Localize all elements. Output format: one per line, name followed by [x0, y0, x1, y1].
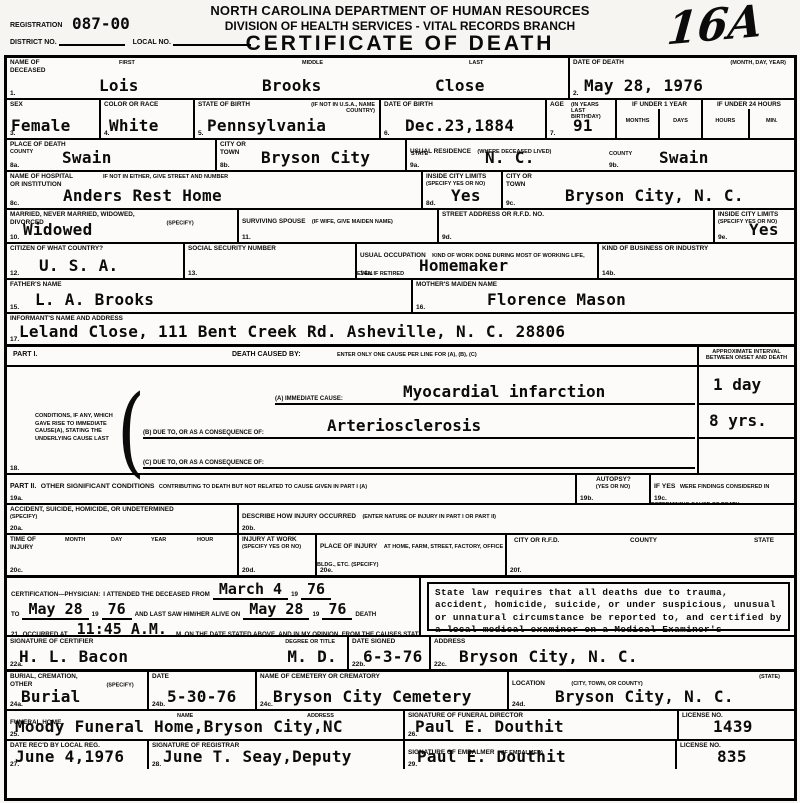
- marital-sublabel: (SPECIFY): [166, 220, 193, 226]
- how-sublabel: (ENTER NATURE OF INJURY IN PART I OR PAR…: [362, 514, 496, 520]
- days-column: DAYS: [658, 109, 701, 138]
- mother-value: Florence Mason: [487, 290, 626, 309]
- place-of-injury-label: PLACE OF INJURY: [317, 542, 379, 550]
- due-to-b-label: (b) DUE TO, OR AS A CONSEQUENCE OF:: [143, 430, 264, 436]
- hour-label: HOUR: [197, 537, 213, 543]
- certifier-box-number: 22a.: [10, 661, 23, 668]
- month-label: MONTH: [65, 537, 85, 543]
- place-of-injury-box-number: 20e.: [320, 567, 333, 574]
- field-certification: CERTIFICATION—PHYSICIAN: I ATTENDED THE …: [7, 578, 421, 635]
- part2-title: OTHER SIGNIFICANT CONDITIONS: [41, 483, 155, 490]
- field-sex: SEX Female 3.: [7, 100, 101, 138]
- field-marital-status: MARRIED, NEVER MARRIED, WIDOWED, DIVORCE…: [7, 210, 239, 242]
- name-box-number: 1.: [10, 90, 16, 97]
- informant-box-number: 17.: [10, 336, 19, 343]
- sex-label: SEX: [7, 100, 99, 109]
- degree-label: DEGREE OR TITLE: [285, 639, 335, 645]
- injury-at-work-sublabel: (SPECIFY YES OR NO): [239, 544, 315, 550]
- field-manner: ACCIDENT, SUICIDE, HOMICIDE, OR UNDETERM…: [7, 505, 239, 533]
- hours-column: HOURS: [703, 109, 748, 138]
- state-of-birth-box-number: 5.: [198, 130, 204, 137]
- row-funeral: FUNERAL HOME NAME ADDRESS Moody Funeral …: [7, 709, 794, 739]
- row-registrar: DATE REC'D BY LOCAL REG. June 4,1976 27.…: [7, 739, 794, 769]
- institution-sublabel: IF NOT IN EITHER, GIVE STREET AND NUMBER: [103, 174, 228, 180]
- field-injury-at-work: INJURY AT WORK (SPECIFY YES OR NO) 20d.: [239, 535, 317, 575]
- under-1-year-label: IF UNDER 1 YEAR: [617, 100, 701, 109]
- mother-label: MOTHER'S MAIDEN NAME: [413, 280, 794, 289]
- industry-label: KIND OF BUSINESS OR INDUSTRY: [599, 244, 794, 253]
- date-signed-label: DATE SIGNED: [349, 637, 429, 646]
- row-institution: NAME OF HOSPITAL OR INSTITUTION IF NOT I…: [7, 170, 794, 208]
- middle-sublabel: MIDDLE: [302, 60, 323, 66]
- field-if-under-24-hours: IF UNDER 24 HOURS HOURS MIN.: [703, 100, 794, 138]
- field-date-of-death: DATE OF DEATH (MONTH, DAY, YEAR) May 28,…: [570, 58, 794, 98]
- cause-line-c: (c) DUE TO, OR AS A CONSEQUENCE OF:: [143, 443, 695, 469]
- autopsy-label: AUTOPSY?: [577, 475, 649, 484]
- industry-box-number: 14b.: [602, 270, 615, 277]
- injury-at-work-box-number: 20d.: [242, 567, 255, 574]
- institution-box-number: 8c.: [10, 200, 19, 207]
- field-informant: INFORMANT'S NAME AND ADDRESS Leland Clos…: [7, 314, 794, 344]
- state-of-birth-value: Pennsylvania: [207, 116, 326, 135]
- conditions-note: CONDITIONS, IF ANY, WHICH GAVE RISE TO I…: [35, 413, 113, 443]
- manner-sublabel: (SPECIFY): [7, 514, 237, 520]
- year-label: YEAR: [151, 537, 166, 543]
- spouse-label: SURVIVING SPOUSE: [239, 217, 307, 225]
- field-date-signed: DATE SIGNED 6-3-76 22b.: [349, 637, 431, 669]
- local-blank-line: [173, 36, 251, 46]
- row-name: NAME OF DECEASED FIRST MIDDLE LAST Lois …: [7, 58, 794, 98]
- field-state-law-note: State law requires that all deaths due t…: [421, 578, 794, 635]
- marital-box-number: 10.: [10, 234, 19, 241]
- row-vitals: SEX Female 3. COLOR OR RACE White 4. STA…: [7, 98, 794, 138]
- day-label: DAY: [111, 537, 122, 543]
- spouse-box-number: 11.: [242, 234, 251, 241]
- certifier-address-box-number: 22c.: [434, 661, 447, 668]
- res-county-label: COUNTY: [609, 151, 632, 157]
- row-informant: INFORMANT'S NAME AND ADDRESS Leland Clos…: [7, 312, 794, 344]
- field-certifier-address: ADDRESS Bryson City, N. C. 22c.: [431, 637, 794, 669]
- occupation-value: Homemaker: [419, 256, 508, 275]
- field-street-address: STREET ADDRESS OR R.F.D. No. 9d.: [439, 210, 715, 242]
- field-date-of-birth: DATE OF BIRTH Dec.23,1884 6.: [381, 100, 547, 138]
- field-embalmer-license: LICENSE NO. 835: [677, 741, 794, 769]
- under-1-year-columns: MONTHS DAYS: [617, 109, 701, 138]
- date-of-birth-value: Dec.23,1884: [405, 116, 514, 135]
- name-label: NAME OF DECEASED: [7, 58, 70, 76]
- sex-value: Female: [11, 116, 71, 135]
- field-institution: NAME OF HOSPITAL OR INSTITUTION IF NOT I…: [7, 172, 423, 208]
- field-embalmer-signature: SIGNATURE OF EMBALMER (IF EMBALMED) Paul…: [405, 741, 677, 769]
- certifier-address-label: ADDRESS: [431, 637, 794, 646]
- field-inside-city-limits-2: INSIDE CITY LIMITS (SPECIFY YES OR NO) Y…: [715, 210, 794, 242]
- embalmer-signature-value: Paul E. Douthit: [417, 747, 566, 766]
- race-label: COLOR OR RACE: [101, 100, 193, 109]
- field-name-of-deceased: NAME OF DECEASED FIRST MIDDLE LAST Lois …: [7, 58, 570, 98]
- row-part2: PART II. OTHER SIGNIFICANT CONDITIONS CO…: [7, 473, 794, 503]
- age-box-number: 7.: [550, 130, 556, 137]
- pod-city-value: Bryson City: [261, 148, 370, 167]
- part2-sublabel: CONTRIBUTING TO DEATH BUT NOT RELATED TO…: [159, 484, 367, 490]
- spouse-sublabel: (IF WIFE, GIVE MAIDEN NAME): [312, 219, 393, 225]
- interval-rule-a: [699, 403, 794, 405]
- date-of-death-box-number: 2.: [573, 90, 579, 97]
- disposition-date-value: 5-30-76: [167, 687, 237, 706]
- date-of-birth-box-number: 6.: [384, 130, 390, 137]
- icl1-label: INSIDE CITY LIMITS: [423, 172, 501, 181]
- to-value: May 28: [22, 600, 88, 620]
- alive-label: AND LAST SAW HIM/HER ALIVE ON: [135, 611, 241, 620]
- certificate-form: NAME OF DECEASED FIRST MIDDLE LAST Lois …: [4, 55, 797, 801]
- row-disposition: BURIAL, CREMATION, OTHER (SPECIFY) Buria…: [7, 669, 794, 709]
- field-autopsy: AUTOPSY? (YES OR NO) 19b.: [577, 475, 651, 503]
- date-received-value: June 4,1976: [15, 747, 124, 766]
- res-state-value: N. C.: [485, 148, 535, 167]
- registration-label: REGISTRATION: [10, 22, 62, 29]
- first-sublabel: FIRST: [119, 60, 135, 66]
- icl1-value: Yes: [451, 186, 481, 205]
- part1-header-rule: [7, 365, 794, 367]
- due-to-c-label: (c) DUE TO, OR AS A CONSEQUENCE OF:: [143, 460, 264, 466]
- disposition-location-value: Bryson City, N. C.: [555, 687, 734, 706]
- field-occupation: USUAL OCCUPATION KIND OF WORK DONE DURIN…: [357, 244, 599, 278]
- informant-value: Leland Close, 111 Bent Creek Rd. Ashevil…: [19, 322, 565, 341]
- row-certifier: SIGNATURE OF CERTIFIER DEGREE OR TITLE H…: [7, 635, 794, 669]
- father-box-number: 15.: [10, 304, 19, 311]
- from-year-value: 76: [301, 580, 331, 600]
- brace-glyph: (: [117, 382, 145, 479]
- field-inside-city-limits-1: INSIDE CITY LIMITS (SPECIFY YES OR NO) Y…: [423, 172, 503, 208]
- injury-county-label: COUNTY: [627, 536, 659, 545]
- icl2-box-number: 9e.: [718, 234, 727, 241]
- occupation-box-number: 14a.: [360, 270, 373, 277]
- due-to-b-value: Arteriosclerosis: [327, 416, 481, 435]
- row-parents: FATHER'S NAME L. A. Brooks 15. MOTHER'S …: [7, 278, 794, 312]
- ssn-box-number: 13.: [188, 270, 197, 277]
- district-line: DISTRICT NO. LOCAL NO.: [10, 36, 251, 46]
- interval-header: APPROXIMATE INTERVAL BETWEEN ONSET AND D…: [699, 347, 794, 363]
- immediate-cause-label: (a) IMMEDIATE CAUSE:: [275, 396, 343, 402]
- icl2-value: Yes: [749, 220, 779, 239]
- field-residence-city: CITY OR TOWN Bryson City, N. C. 9c.: [503, 172, 794, 208]
- disposition-location-state-sublabel: (STATE): [759, 674, 780, 680]
- date-received-box-number: 27.: [10, 761, 19, 768]
- age-value: 91: [573, 116, 593, 135]
- alive-value: May 28: [243, 600, 309, 620]
- icl1-box-number: 8d.: [426, 200, 436, 207]
- marital-value: Widowed: [23, 220, 93, 239]
- under-24-hours-columns: HOURS MIN.: [703, 109, 794, 138]
- injury-at-work-label: INJURY AT WORK: [239, 535, 315, 544]
- disposition-location-label: LOCATION: [509, 679, 547, 687]
- part1-cause-of-death: PART I. DEATH CAUSED BY: ENTER ONLY ONE …: [7, 344, 794, 473]
- how-label: DESCRIBE HOW INJURY OCCURRED: [239, 512, 358, 520]
- res-city-value: Bryson City, N. C.: [565, 186, 744, 205]
- icl2-label: INSIDE CITY LIMITS: [715, 210, 794, 219]
- to-year-value: 76: [102, 600, 132, 620]
- citizen-value: U. S. A.: [39, 256, 118, 275]
- field-other-significant-conditions: PART II. OTHER SIGNIFICANT CONDITIONS CO…: [7, 475, 577, 503]
- manner-label: ACCIDENT, SUICIDE, HOMICIDE, OR UNDETERM…: [7, 505, 237, 514]
- field-age: AGE (IN YEARS LAST BIRTHDAY) 91 7.: [547, 100, 617, 138]
- handwritten-file-number: 16A: [665, 0, 765, 55]
- father-value: L. A. Brooks: [35, 290, 154, 309]
- field-cemetery: NAME OF CEMETERY OR CREMATORY Bryson Cit…: [257, 672, 509, 709]
- findings-label: IF YES: [651, 483, 675, 490]
- field-disposition-date: DATE 5-30-76 24b.: [149, 672, 257, 709]
- state-law-text: State law requires that all deaths due t…: [427, 582, 790, 631]
- field-father: FATHER'S NAME L. A. Brooks 15.: [7, 280, 413, 312]
- part1-caused-by-label: DEATH CAUSED BY:: [232, 351, 301, 358]
- immediate-cause-value: Myocardial infarction: [403, 382, 605, 401]
- date-of-birth-label: DATE OF BIRTH: [381, 100, 545, 109]
- field-industry: KIND OF BUSINESS OR INDUSTRY 14b.: [599, 244, 794, 278]
- cause-line-a: (a) IMMEDIATE CAUSE: Myocardial infarcti…: [275, 371, 695, 405]
- certifier-address-value: Bryson City, N. C.: [459, 647, 638, 666]
- death-word: DEATH: [355, 611, 376, 620]
- middle-name-value: Brooks: [262, 76, 322, 95]
- father-label: FATHER'S NAME: [7, 280, 411, 289]
- row-citizen: CITIZEN OF WHAT COUNTRY? U. S. A. 12. SO…: [7, 242, 794, 278]
- institution-value: Anders Rest Home: [63, 186, 222, 205]
- date-signed-box-number: 22b.: [352, 661, 365, 668]
- director-license-value: 1439: [713, 717, 753, 736]
- field-funeral-home: FUNERAL HOME NAME ADDRESS Moody Funeral …: [7, 711, 405, 739]
- months-label: MONTHS: [626, 118, 650, 124]
- row-place-of-death: PLACE OF DEATH COUNTY Swain 8a. CITY OR …: [7, 138, 794, 170]
- row-injury-details: TIME OF INJURY MONTH DAY YEAR HOUR 20c. …: [7, 533, 794, 575]
- date-signed-value: 6-3-76: [363, 647, 423, 666]
- district-number-value: 087-00: [72, 14, 130, 33]
- time-of-injury-box-number: 20c.: [10, 567, 23, 574]
- field-registrar-signature: SIGNATURE OF REGISTRAR June T. Seay,Depu…: [149, 741, 405, 769]
- year-prefix-3: 19: [312, 611, 319, 620]
- findings-box-number: 19c.: [654, 495, 667, 502]
- autopsy-sublabel: (YES OR NO): [577, 484, 649, 490]
- field-state-of-birth: STATE OF BIRTH (IF NOT IN U.S.A., NAME C…: [195, 100, 381, 138]
- field-surviving-spouse: SURVIVING SPOUSE (IF WIFE, GIVE MAIDEN N…: [239, 210, 439, 242]
- field-place-of-injury: PLACE OF INJURY AT HOME, FARM, STREET, F…: [317, 535, 507, 575]
- degree-value: M. D.: [287, 647, 337, 666]
- field-time-of-injury: TIME OF INJURY MONTH DAY YEAR HOUR 20c.: [7, 535, 239, 575]
- res-city-label: CITY OR TOWN: [503, 172, 538, 190]
- field-ssn: SOCIAL SECURITY NUMBER 13.: [185, 244, 357, 278]
- pod-city-label: CITY OR TOWN: [217, 140, 252, 158]
- field-pod-city: CITY OR TOWN Bryson City 8b.: [217, 140, 407, 170]
- race-box-number: 4.: [104, 130, 110, 137]
- min-label: MIN.: [766, 118, 778, 124]
- autopsy-box-number: 19b.: [580, 495, 593, 502]
- hours-label: HOURS: [715, 118, 735, 124]
- cert-line-3: 21. OCCURRED AT 11:45 A.M. M. ON THE DAT…: [7, 620, 419, 635]
- pod-city-box-number: 8b.: [220, 162, 230, 169]
- disposition-date-label: DATE: [149, 672, 255, 681]
- res-county-box-number: 9b.: [609, 162, 619, 169]
- interval-rule-b: [699, 437, 794, 439]
- part1-box-number: 18.: [10, 465, 19, 472]
- funeral-director-value: Paul E. Douthit: [415, 717, 564, 736]
- year-prefix-1: 19: [291, 591, 298, 600]
- under-24-hours-label: IF UNDER 24 HOURS: [703, 100, 794, 109]
- street-box-number: 9d.: [442, 234, 452, 241]
- interval-column: APPROXIMATE INTERVAL BETWEEN ONSET AND D…: [697, 347, 794, 473]
- time-of-death-value: 11:45 A.M.: [71, 620, 173, 635]
- pod-county-value: Swain: [62, 148, 112, 167]
- certificate-page: NORTH CAROLINA DEPARTMENT OF HUMAN RESOU…: [0, 0, 800, 803]
- disposition-location-box-number: 24d.: [512, 701, 525, 708]
- cert-line-2: TO May 28 19 76 AND LAST SAW HIM/HER ALI…: [7, 600, 419, 620]
- street-label: STREET ADDRESS OR R.F.D. No.: [439, 210, 713, 219]
- certifier-signature-value: H. L. Bacon: [19, 647, 128, 666]
- pod-county-box-number: 8a.: [10, 162, 19, 169]
- last-name-value: Close: [435, 76, 485, 95]
- attended-from-value: March 4: [213, 580, 288, 600]
- field-injury-location: CITY OR R.F.D. COUNTY STATE 20f.: [507, 535, 794, 575]
- mother-box-number: 16.: [416, 304, 425, 311]
- race-value: White: [109, 116, 159, 135]
- row-certification: CERTIFICATION—PHYSICIAN: I ATTENDED THE …: [7, 575, 794, 635]
- ssn-label: SOCIAL SECURITY NUMBER: [185, 244, 355, 253]
- disposition-method-value: Burial: [21, 687, 81, 706]
- res-state-label: STATE: [411, 151, 428, 157]
- cause-line-b: (b) DUE TO, OR AS A CONSEQUENCE OF: Arte…: [143, 409, 695, 439]
- field-disposition-method: BURIAL, CREMATION, OTHER (SPECIFY) Buria…: [7, 672, 149, 709]
- months-column: MONTHS: [617, 109, 658, 138]
- part1-instruction: ENTER ONLY ONE CAUSE PER LINE FOR (a), (…: [337, 352, 477, 358]
- injury-location-box-number: 20f.: [510, 567, 521, 574]
- row-marital: MARRIED, NEVER MARRIED, WIDOWED, DIVORCE…: [7, 208, 794, 242]
- res-county-value: Swain: [659, 148, 709, 167]
- certification-heading: CERTIFICATION—PHYSICIAN:: [11, 591, 100, 600]
- res-state-box-number: 9a.: [410, 162, 419, 169]
- days-label: DAYS: [673, 118, 688, 124]
- pod-county-label: COUNTY: [10, 149, 33, 155]
- field-director-license: LICENSE NO. 1439: [679, 711, 794, 739]
- funeral-home-box-number: 25.: [10, 731, 19, 738]
- row-injury-manner: ACCIDENT, SUICIDE, HOMICIDE, OR UNDETERM…: [7, 503, 794, 533]
- min-column: MIN.: [748, 109, 795, 138]
- field-mother: MOTHER'S MAIDEN NAME Florence Mason 16.: [413, 280, 794, 312]
- disposition-method-sublabel: (SPECIFY): [106, 682, 133, 688]
- district-label: DISTRICT NO.: [10, 39, 57, 46]
- field-race: COLOR OR RACE White 4.: [101, 100, 195, 138]
- field-citizen: CITIZEN OF WHAT COUNTRY? U. S. A. 12.: [7, 244, 185, 278]
- cemetery-label: NAME OF CEMETERY OR CREMATORY: [257, 672, 507, 681]
- funeral-director-box-number: 26.: [408, 731, 417, 738]
- interval-rule-0: [699, 365, 794, 367]
- disposition-method-box-number: 24a.: [10, 701, 23, 708]
- interval-b-value: 8 yrs.: [709, 411, 767, 430]
- year-prefix-2: 19: [92, 611, 99, 620]
- attended-label: I ATTENDED THE DECEASED FROM: [103, 591, 210, 600]
- citizen-label: CITIZEN OF WHAT COUNTRY?: [7, 244, 183, 253]
- field-pod-county: PLACE OF DEATH COUNTY Swain 8a.: [7, 140, 217, 170]
- disposition-date-box-number: 24b.: [152, 701, 165, 708]
- alive-year-value: 76: [322, 600, 352, 620]
- res-city-box-number: 9c.: [506, 200, 515, 207]
- certificate-header: NORTH CAROLINA DEPARTMENT OF HUMAN RESOU…: [0, 0, 800, 55]
- time-of-injury-label: TIME OF INJURY: [7, 535, 52, 553]
- manner-box-number: 20a.: [10, 525, 23, 532]
- last-sublabel: LAST: [469, 60, 483, 66]
- interval-a-value: 1 day: [713, 375, 761, 394]
- field-if-under-1-year: IF UNDER 1 YEAR MONTHS DAYS: [617, 100, 703, 138]
- cemetery-box-number: 24c.: [260, 701, 273, 708]
- cemetery-value: Bryson City Cemetery: [273, 687, 472, 706]
- sex-box-number: 3.: [10, 130, 16, 137]
- citizen-box-number: 12.: [10, 270, 19, 277]
- funeral-home-value: Moody Funeral Home,Bryson City,NC: [15, 717, 343, 736]
- injury-state-label: STATE: [751, 536, 776, 545]
- cert-line-1: CERTIFICATION—PHYSICIAN: I ATTENDED THE …: [7, 580, 419, 600]
- state-of-birth-sublabel: (IF NOT IN U.S.A., NAME COUNTRY): [301, 102, 375, 114]
- registration-block: REGISTRATION 087-00 DISTRICT NO. LOCAL N…: [10, 22, 310, 29]
- part2-label: PART II.: [7, 483, 36, 490]
- field-autopsy-findings: IF YES WERE FINDINGS CONSIDERED IN DETER…: [651, 475, 794, 503]
- occupation-label: USUAL OCCUPATION: [357, 251, 428, 259]
- district-blank-line: [59, 36, 125, 46]
- injury-city-label: CITY OR R.F.D.: [511, 536, 561, 545]
- embalmer-license-value: 835: [717, 747, 747, 766]
- local-label: LOCAL NO.: [133, 39, 171, 46]
- embalmer-box-number: 29.: [408, 761, 417, 768]
- how-box-number: 20b.: [242, 525, 255, 532]
- first-name-value: Lois: [99, 76, 139, 95]
- field-how-injury-occurred: DESCRIBE HOW INJURY OCCURRED (ENTER NATU…: [239, 505, 794, 533]
- field-usual-residence: USUAL RESIDENCE (WHERE DECEASED LIVED) S…: [407, 140, 794, 170]
- part2-box-number: 19a.: [10, 495, 23, 502]
- field-date-received: DATE REC'D BY LOCAL REG. June 4,1976 27.: [7, 741, 149, 769]
- to-label: TO: [11, 611, 19, 620]
- date-of-death-value: May 28, 1976: [584, 76, 703, 95]
- field-funeral-director: SIGNATURE OF FUNERAL DIRECTOR Paul E. Do…: [405, 711, 679, 739]
- date-of-death-sublabel: (MONTH, DAY, YEAR): [730, 60, 786, 66]
- field-certifier-signature: SIGNATURE OF CERTIFIER DEGREE OR TITLE H…: [7, 637, 349, 669]
- registrar-signature-value: June T. Seay,Deputy: [163, 747, 352, 766]
- part1-label: PART I.: [13, 351, 37, 358]
- registrar-box-number: 28.: [152, 761, 161, 768]
- field-disposition-location: LOCATION (CITY, TOWN, OR COUNTY) (STATE)…: [509, 672, 794, 709]
